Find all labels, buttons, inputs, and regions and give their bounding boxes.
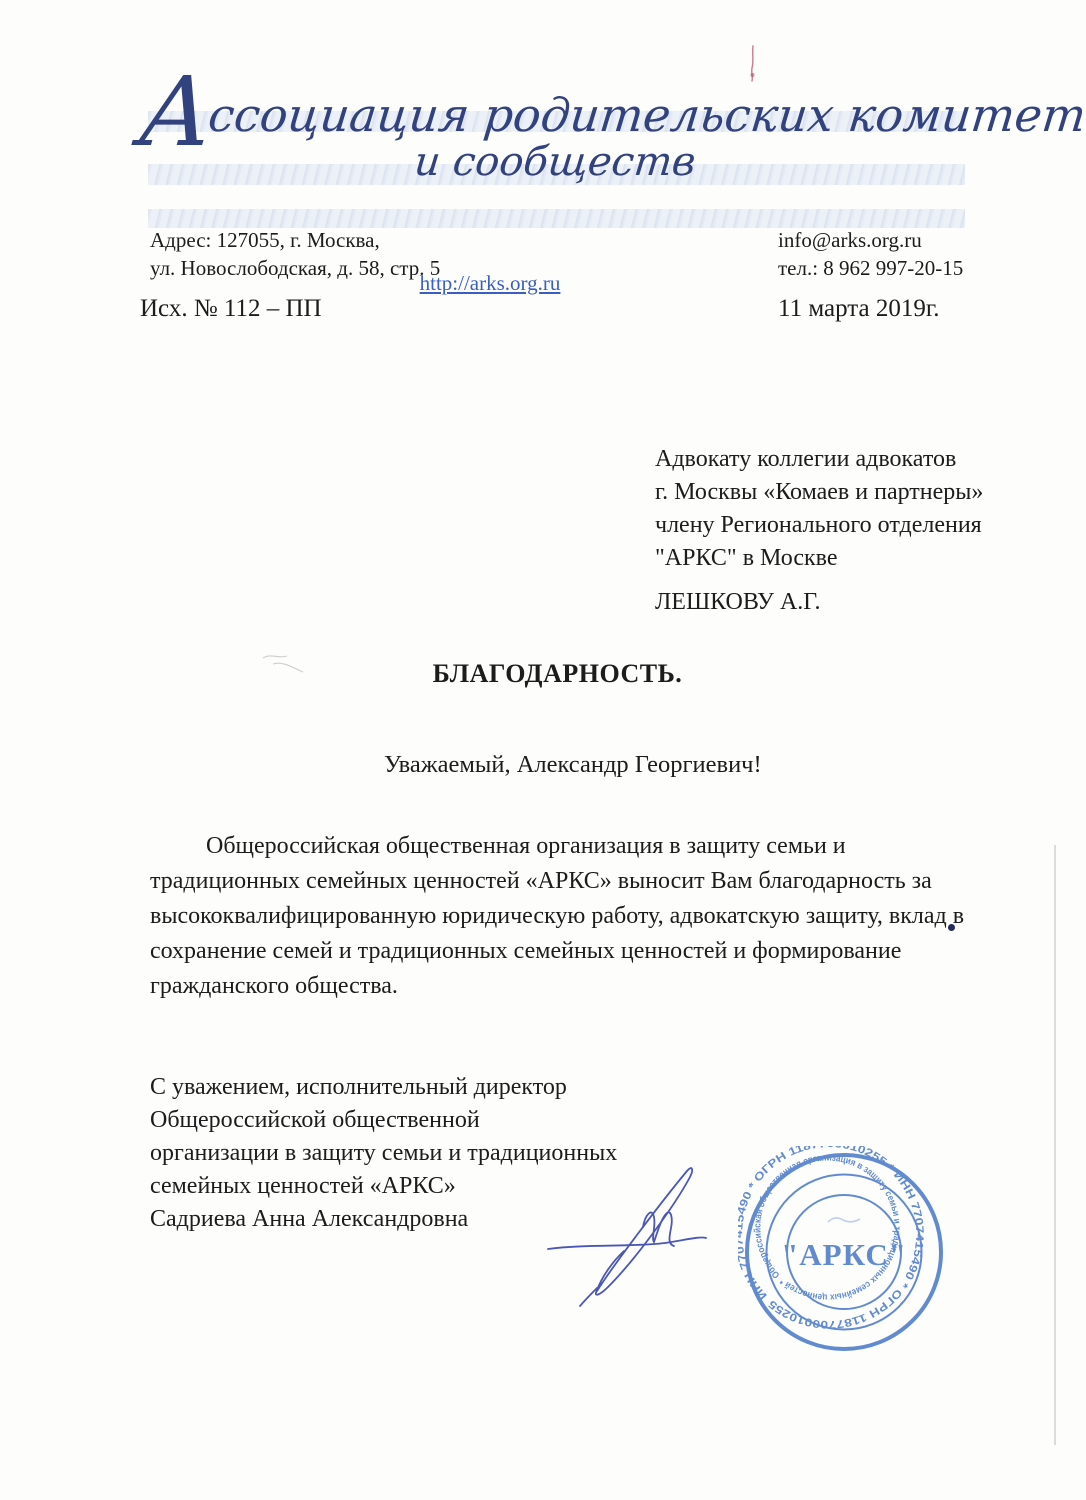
signoff-line: Общероссийской общественной	[150, 1104, 617, 1137]
blue-pen-dot	[948, 924, 955, 931]
header-watermark-band	[148, 209, 965, 228]
salutation: Уважаемый, Александр Георгиевич!	[384, 751, 762, 779]
signoff-line: С уважением, исполнительный директор	[150, 1071, 617, 1104]
logo-line1: Ассоциация родительских комитетов	[138, 92, 973, 138]
letter-title: БЛАГОДАРНОСТЬ.	[433, 659, 683, 688]
recipient-line: Адвокату коллегии адвокатов	[655, 443, 983, 476]
logo-line1-text: ссоциация родительских комитетов	[206, 88, 1086, 142]
recipient-line: г. Москвы «Комаев и партнеры»	[655, 476, 983, 509]
scanned-letter-page: Ассоциация родительских комитетов и сооб…	[0, 0, 1086, 1500]
organization-stamp: ИНН 7707415490 * ОГРН 1187700010255 * ИН…	[738, 1146, 950, 1358]
red-pen-mark	[747, 45, 759, 87]
svg-text:Общероссийская общественная ор: Общероссийская общественная организация …	[752, 1153, 902, 1303]
stamp-faint-mark	[828, 1218, 860, 1222]
body-line: традиционных семейных ценностей «АРКС» в…	[150, 864, 980, 899]
website-link[interactable]: http://arks.org.ru	[420, 271, 561, 295]
recipient-line: "АРКС" в Москве	[655, 542, 983, 575]
recipient-line: члену Регионального отделения	[655, 509, 983, 542]
scan-edge-line	[1054, 845, 1056, 1445]
handwritten-signature	[540, 1163, 715, 1313]
recipient-name: ЛЕШКОВУ А.Г.	[655, 586, 983, 619]
organization-logo: Ассоциация родительских комитетов и сооб…	[140, 92, 970, 182]
title-row: БЛАГОДАРНОСТЬ.	[140, 659, 975, 689]
body-line: высококвалифицированную юридическую рабо…	[150, 899, 980, 934]
body-line: сохранение семей и традиционных семейных…	[150, 934, 980, 969]
letter-date: 11 марта 2019г.	[778, 295, 940, 323]
stamp-inner-ring-text: Общероссийская общественная организация …	[752, 1153, 902, 1303]
recipient-block: Адвокату коллегии адвокатов г. Москвы «К…	[655, 443, 983, 619]
body-line: Общероссийская общественная организация …	[150, 829, 980, 864]
letter-body: Общероссийская общественная организация …	[150, 829, 980, 1004]
logo-line2: и сообществ	[138, 142, 972, 182]
outgoing-number: Исх. № 112 – ПП	[140, 295, 322, 323]
address-line1: Адрес: 127055, г. Москва,	[150, 227, 440, 255]
website-row: http://arks.org.ru	[140, 271, 840, 296]
body-line: гражданского общества.	[150, 969, 980, 1004]
stamp-center-text: "АРКС"	[781, 1237, 907, 1272]
email-text: info@arks.org.ru	[778, 227, 963, 255]
